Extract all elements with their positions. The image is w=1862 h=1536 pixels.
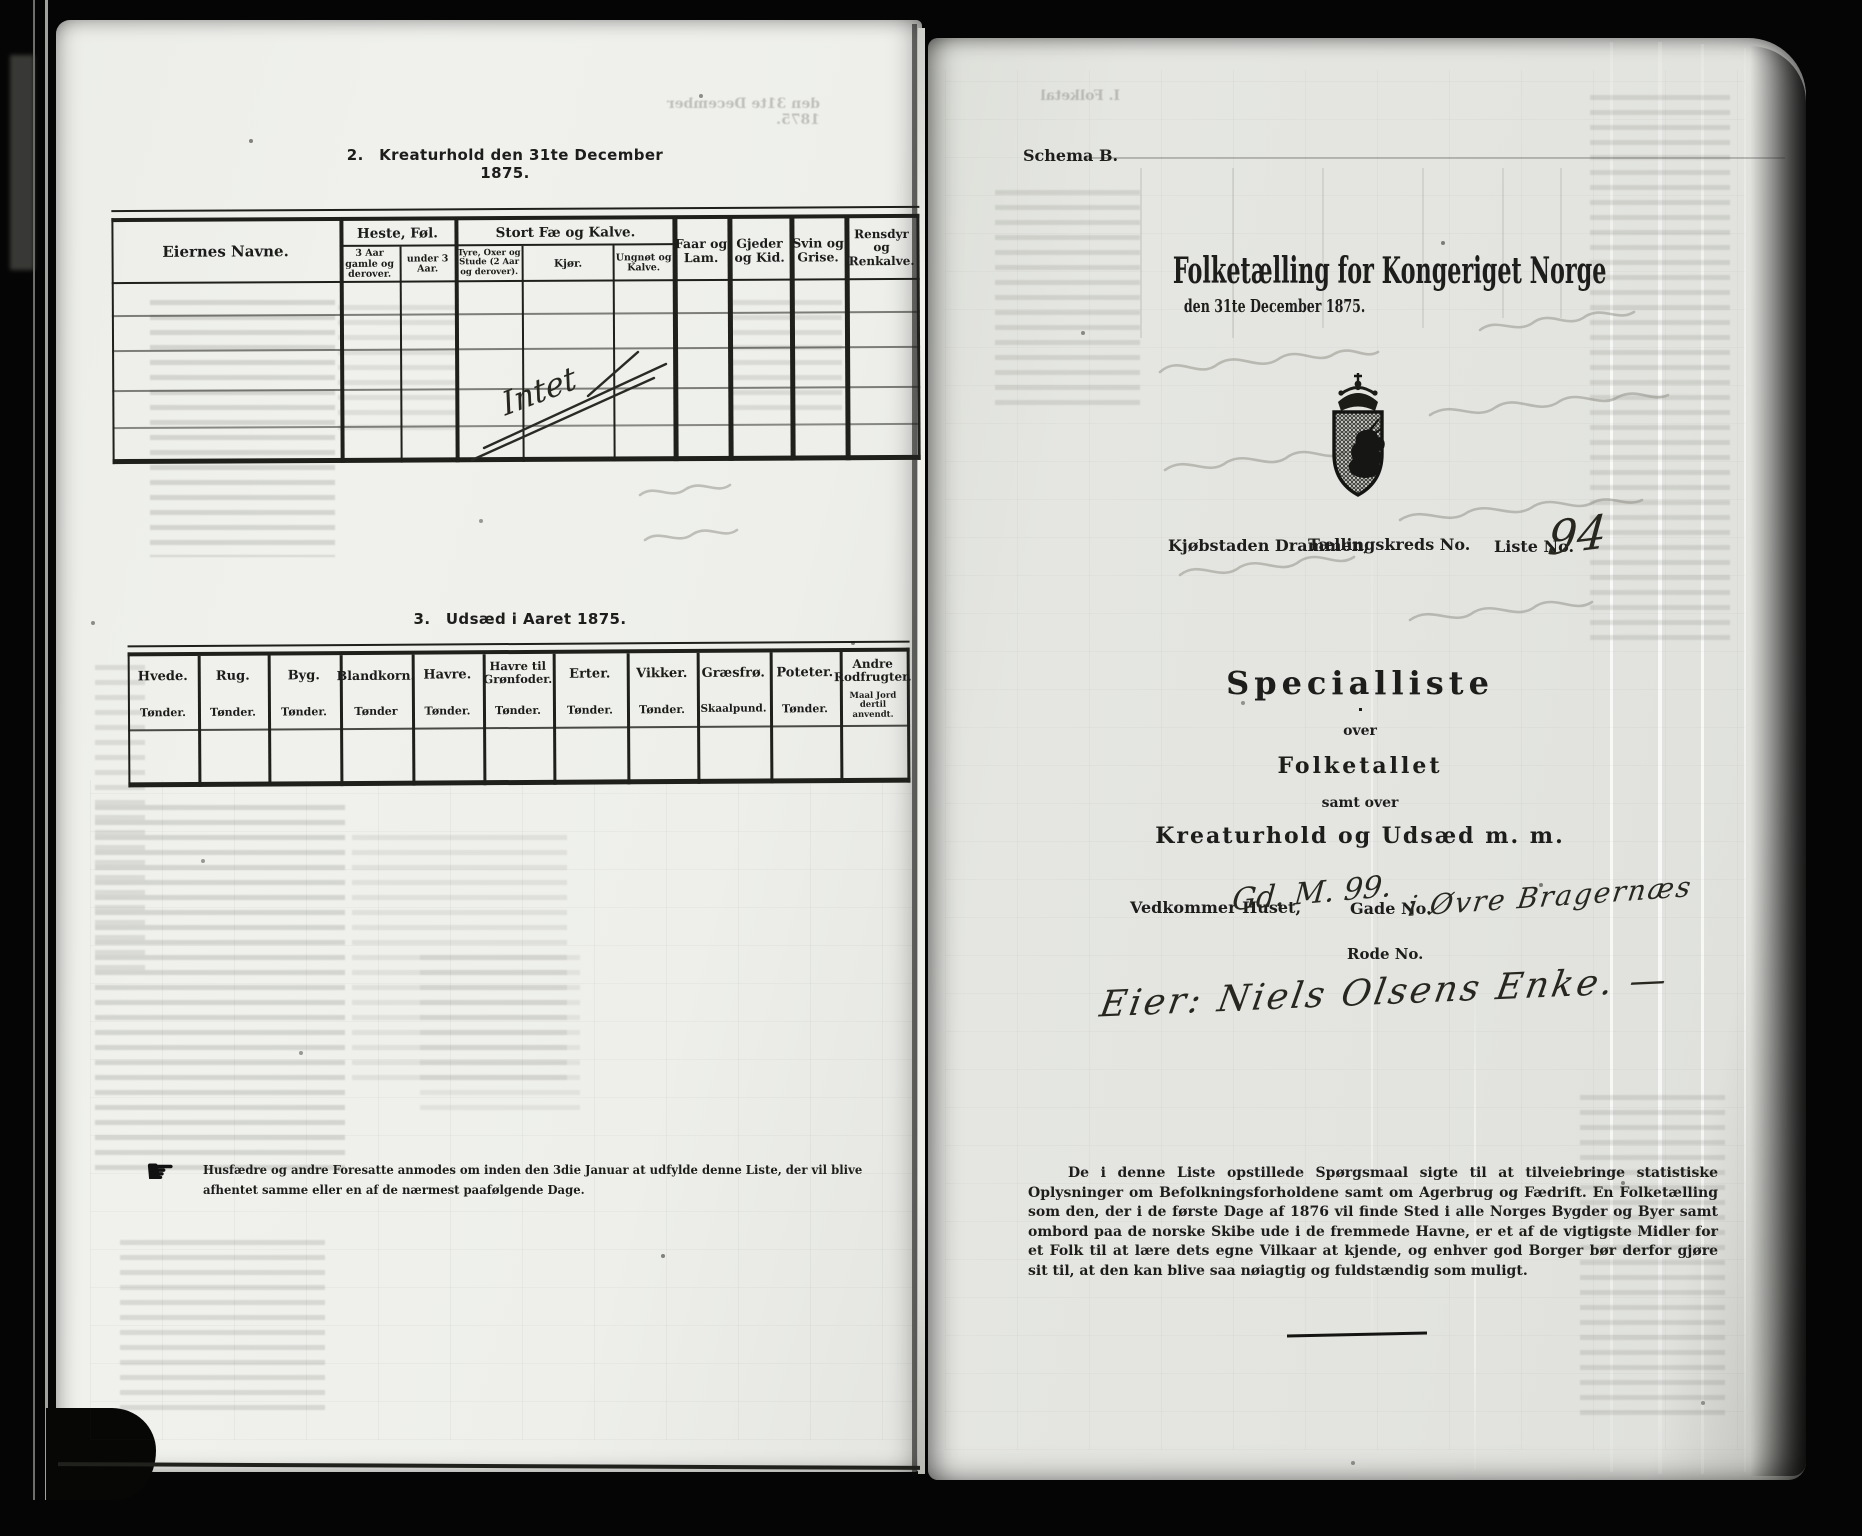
over-word: over	[1150, 723, 1570, 739]
col-unit-byg: Tønder.	[271, 702, 337, 720]
col-header-blandkorn: Blandkorn.	[343, 662, 409, 688]
col-header-faar-lam: Faar og Lam.	[674, 229, 727, 273]
col-header-eiernes-navne: Eiernes Navne.	[111, 221, 339, 282]
col-unit-havre: Tønder.	[415, 701, 480, 719]
separator-dot	[1359, 708, 1362, 711]
folketallet-title: Folketallet	[1150, 753, 1570, 779]
table2-title: 2. Kreaturhold den 31te December 1875.	[340, 146, 670, 182]
col-unit-hvede: Tønder.	[130, 703, 196, 721]
main-title-block: Folketælling for Kongeriget Norge den 31…	[1040, 250, 1510, 317]
manicule-icon: ☛	[145, 1152, 175, 1192]
special-title: Specialliste	[1150, 664, 1570, 702]
col-header-rug: Rug.	[201, 663, 265, 689]
col-header-graesfro: Græsfrø.	[700, 659, 767, 685]
col-unit-rug: Tønder.	[201, 703, 265, 721]
district-label: Tællingskreds No.	[1308, 535, 1470, 554]
col-unit-poteter: Tønder.	[773, 699, 837, 717]
instructions-paragraph: De i denne Liste opstillede Spørgsmaal s…	[1028, 1164, 1718, 1281]
col-unit-erter: Tønder.	[556, 700, 624, 718]
col-group-stort-fae: Stort Fæ og Kalve.	[458, 221, 672, 244]
schema-label: Schema B.	[1023, 146, 1118, 165]
col-header-poteter: Poteter.	[773, 659, 837, 685]
col-header-havre-gronfoder: Havre til Grønfoder.	[485, 655, 551, 691]
table3-title: 3. Udsæd i Aaret 1875.	[400, 610, 640, 628]
footnote-line1: Husfædre og andre Foresatte anmodes om i…	[203, 1162, 862, 1177]
dust-specks	[0, 0, 2, 2]
col-unit-havre-gronfoder: Tønder.	[485, 701, 551, 719]
col-header-heste-under3: under 3 Aar.	[401, 248, 455, 280]
date-line: den 31te December 1875.	[1184, 296, 1365, 317]
col-header-byg: Byg.	[271, 662, 337, 688]
col-unit-graesfro: Skaalpund.	[700, 699, 767, 717]
col-header-rensdyr: Rensdyr og Renkalve.	[846, 222, 916, 274]
col-header-heste-3aar: 3 Aar gamle og derover.	[341, 249, 399, 281]
norway-coat-of-arms	[1318, 372, 1398, 498]
col-header-ungnot-kalve: Ungnøt og Kalve.	[615, 247, 673, 279]
special-title-block: Specialliste over Folketallet samt over …	[1150, 664, 1570, 849]
col-header-gjeder-kid: Gjeder og Kid.	[729, 229, 789, 273]
col-header-hvede: Hvede.	[130, 663, 196, 689]
census-book-scan: den 31te December 1875. I. Folketal 2. K…	[0, 0, 1862, 1536]
col-unit-rodfrugter: Maal Jord dertil anvendt.	[841, 693, 905, 719]
col-header-svin-grise: Svin og Grise.	[791, 228, 844, 272]
col-unit-blandkorn: Tønder	[343, 702, 409, 720]
col-header-rodfrugter: Andre Rodfrugter.	[841, 653, 905, 689]
col-header-tyre-oxer: Tyre, Oxer og Stude (2 Aar og derover).	[457, 246, 522, 280]
handwritten-liste-number: 94	[1546, 504, 1609, 566]
col-header-havre: Havre.	[415, 661, 480, 687]
footnote-line2: afhentet samme eller en af de nærmest pa…	[203, 1182, 585, 1197]
col-header-erter: Erter.	[556, 660, 624, 686]
col-header-vikker: Vikker.	[630, 660, 694, 686]
kreaturhold-line: Kreaturhold og Udsæd m. m.	[1150, 823, 1570, 849]
col-header-kjor: Kjør.	[524, 247, 613, 279]
samt-over: samt over	[1150, 795, 1570, 811]
main-title: Folketælling for Kongeriget Norge	[1173, 250, 1607, 292]
col-unit-vikker: Tønder.	[630, 700, 694, 718]
table-udsaed: Hvede. Tønder. Rug. Tønder. Byg. Tønder.…	[128, 641, 911, 788]
rode-no-label: Rode No.	[1347, 945, 1423, 963]
col-group-heste: Heste, Føl.	[341, 222, 453, 245]
